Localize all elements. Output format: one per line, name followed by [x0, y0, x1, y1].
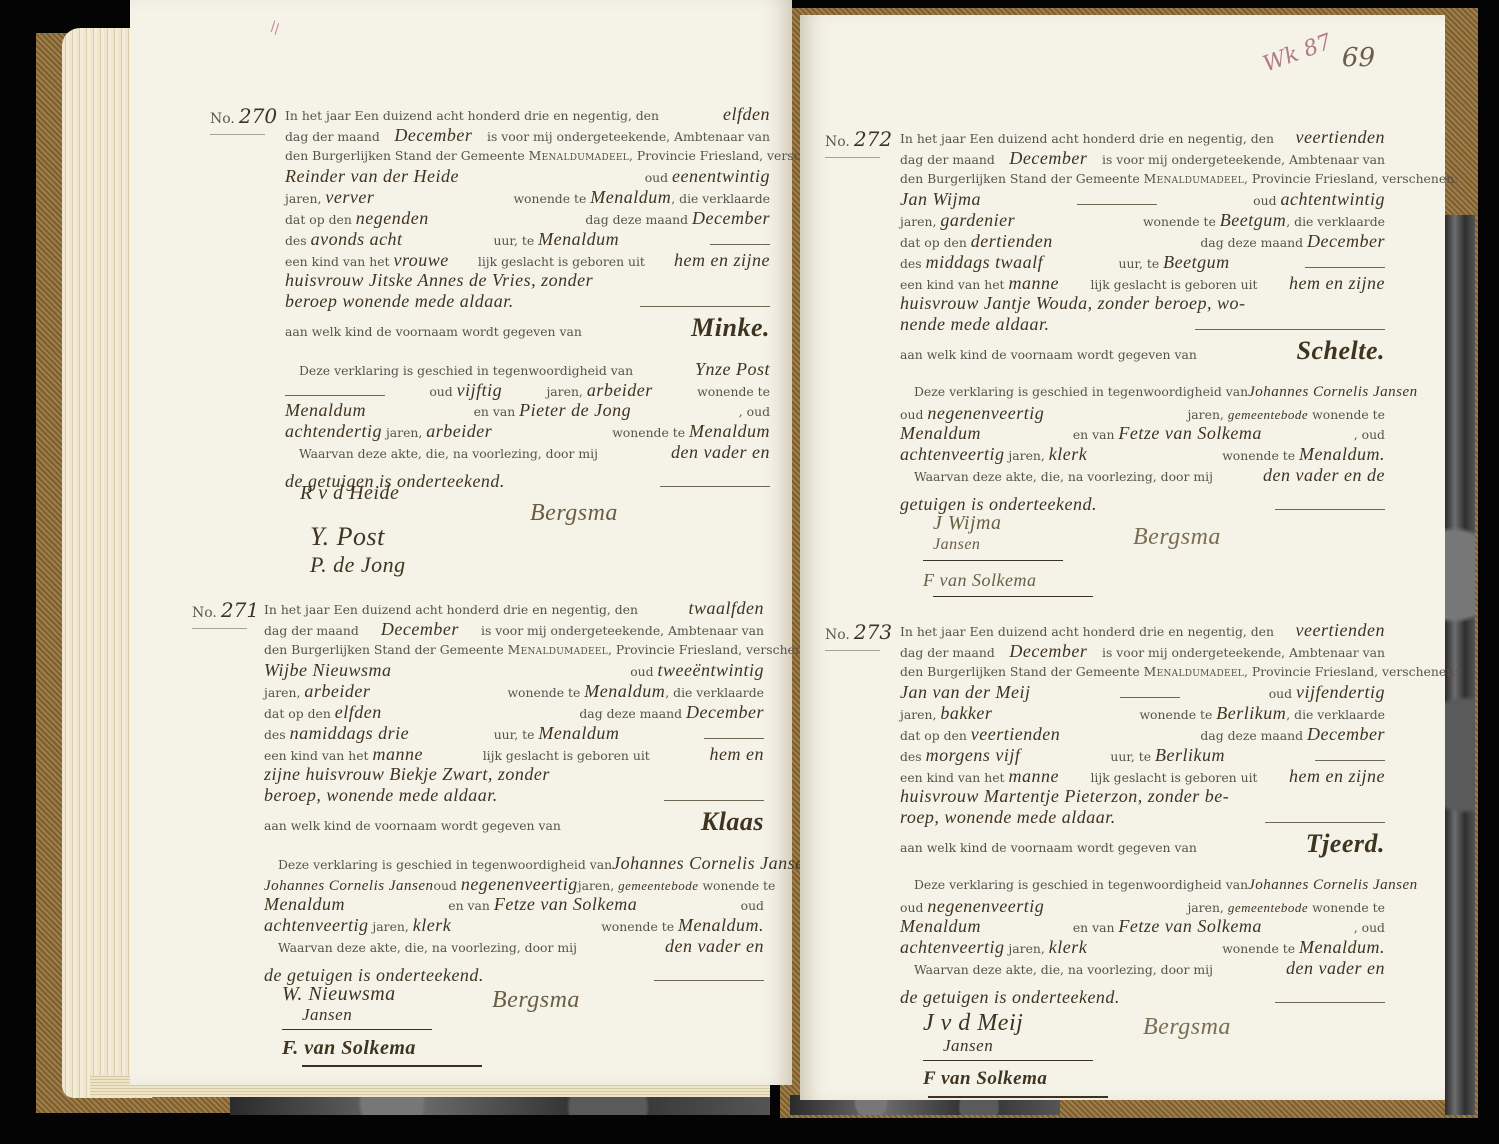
- signatures-273: J v d Meij Jansen F van Solkema Bergsma: [913, 1010, 1393, 1110]
- signatures-272: J Wijma Jansen F van Solkema Bergsma: [913, 512, 1393, 612]
- divider: [210, 134, 265, 135]
- marbled-edge-bottom-left: [230, 1095, 770, 1115]
- child-name: Minke.: [691, 318, 770, 339]
- child-name: Schelte.: [1297, 341, 1386, 362]
- signatures-271: W. Nieuwsma Jansen F. van Solkema Bergsm…: [282, 983, 762, 1083]
- entry-number: No.273: [825, 620, 892, 644]
- entry-number: No.270: [210, 104, 277, 128]
- divider: [825, 650, 880, 651]
- child-name: Tjeerd.: [1306, 834, 1385, 855]
- entry-text: In het jaar Een duizend acht honderd dri…: [285, 104, 770, 492]
- signatures-270: R v d Heide Y. Post P. de Jong Bergsma: [300, 482, 780, 592]
- right-page: Wk 87 69 No.272 In het jaar Een duizend …: [800, 15, 1445, 1100]
- divider: [825, 157, 880, 158]
- entry-text: In het jaar Een duizend acht honderd dri…: [264, 598, 764, 986]
- left-page: \\ No.270 In het jaar Een duizend acht h…: [130, 0, 792, 1085]
- page-number: 69: [1342, 43, 1375, 73]
- pencil-mark: \\: [266, 19, 283, 38]
- entry-text: In het jaar Een duizend acht honderd dri…: [900, 127, 1385, 515]
- child-name: Klaas: [701, 812, 764, 833]
- entry-number: No.271: [192, 598, 259, 622]
- entry-text: In het jaar Een duizend acht honderd dri…: [900, 620, 1385, 1008]
- divider: [192, 628, 247, 629]
- entry-number: No.272: [825, 127, 892, 151]
- page-stamp: Wk 87: [1260, 30, 1335, 78]
